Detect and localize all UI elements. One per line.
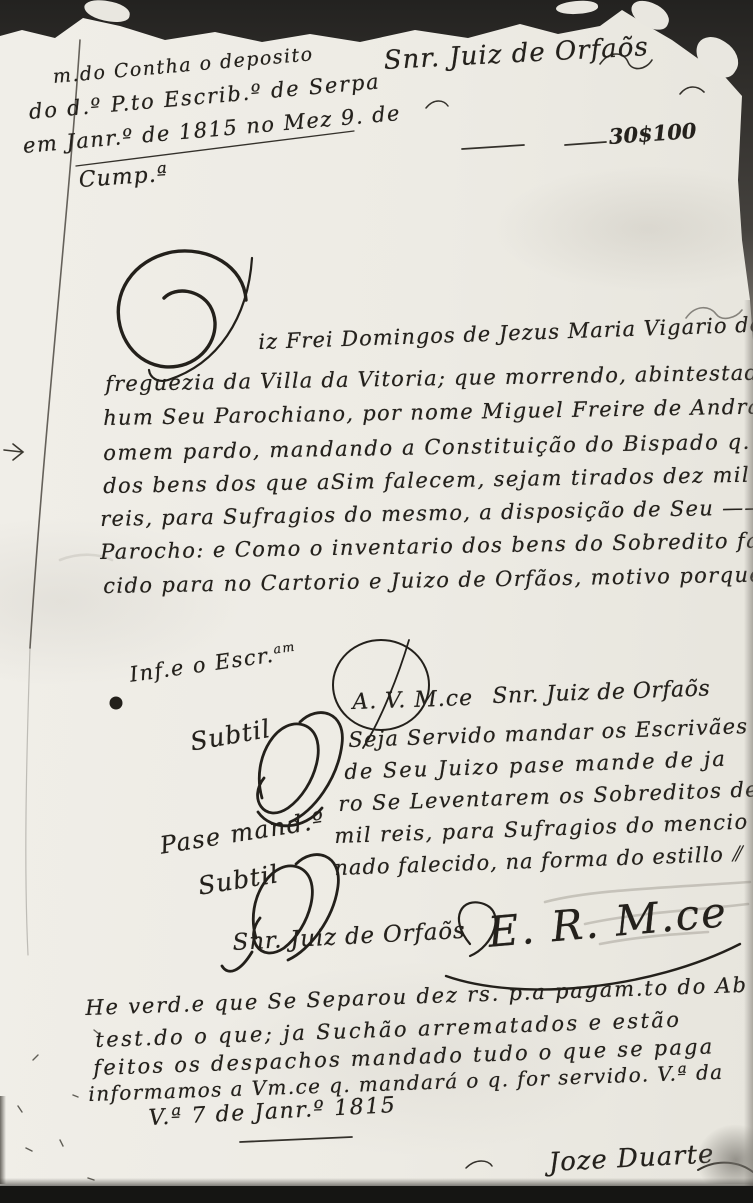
torn-paper-flap [555,0,598,16]
margin-dispatch-superscript: am [272,639,296,657]
request-salutation: A. V. M.ce [352,686,474,715]
scan-bottom-band [0,1186,753,1203]
scan-right-edge-shadow [744,300,753,1186]
scanned-manuscript-page: Snr. Juiz de Orfaõs 30$100 m.do Contha o… [0,0,753,1203]
ornate-initial-d: D [128,248,216,376]
request-initial-p: P. [340,640,403,733]
scan-corner-smudge [696,1124,753,1184]
scan-left-edge-shadow [0,1096,6,1184]
